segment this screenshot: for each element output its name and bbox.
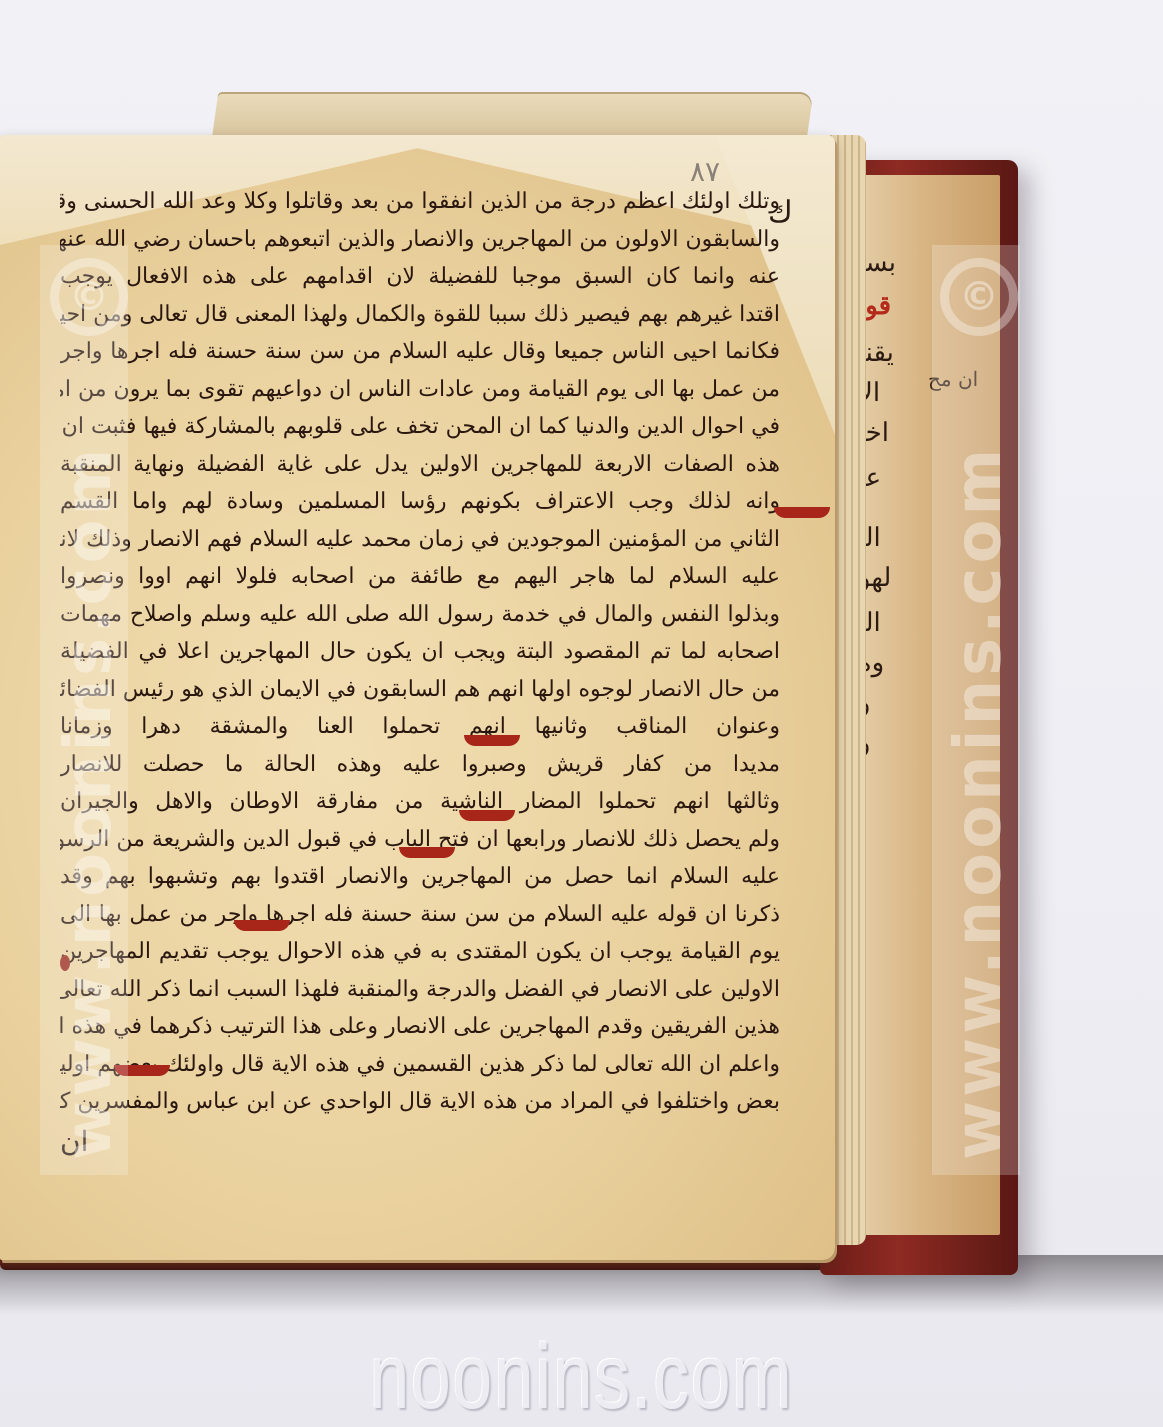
text-line: وانه لذلك وجب الاعتراف بكونهم رؤسا المسل… [60, 483, 780, 521]
rubric-mark [774, 507, 830, 518]
rubric-mark [459, 810, 515, 821]
text-line: من عمل بها الى يوم القيامة ومن عادات الن… [60, 371, 780, 409]
text-line: بعض واختلفوا في المراد من هذه الاية قال … [60, 1083, 780, 1121]
manuscript-text-block: وتلك اولئك اعظم درجة من الذين انفقوا من … [60, 183, 780, 1121]
text-line: عليه السلام انما حصل من المهاجرين والانص… [60, 858, 780, 896]
text-line: هذين الفريقين وقدم المهاجرين على الانصار… [60, 1008, 780, 1046]
text-line: اقتدا غيرهم بهم فيصير ذلك سببا للقوة وال… [60, 296, 780, 334]
copyright-icon: © [940, 258, 1018, 336]
rubric-mark [464, 735, 520, 746]
rubric-mark [399, 847, 455, 858]
text-line: فكانما احيى الناس جميعا وقال عليه السلام… [60, 333, 780, 371]
page-stack-top-edge [212, 92, 814, 140]
text-line: وبذلوا النفس والمال في خدمة رسول الله صل… [60, 596, 780, 634]
text-line: مديدا من كفار قريش وصبروا عليه وهذه الحا… [60, 746, 780, 784]
text-line: الثاني من المؤمنين الموجودين في زمان محم… [60, 521, 780, 559]
text-line: وعنوان المناقب وثانيها انهم تحملوا العنا… [60, 708, 780, 746]
watermark-bottom: noonins.com [128, 1325, 1035, 1427]
text-line: اصحابه لما تم المقصود البتة ويجب ان يكون… [60, 633, 780, 671]
text-line: والسابقون الاولون من المهاجرين والانصار … [60, 221, 780, 259]
watermark-side-right: www.noonins.com [942, 340, 1016, 1160]
text-line: في احوال الدين والدنيا كما ان المحن تخف … [60, 408, 780, 446]
copyright-icon: © [50, 258, 128, 336]
watermark-side-left: www.noonins.com [52, 340, 126, 1160]
text-line: الاولين على الانصار في الفضل والدرجة وال… [60, 971, 780, 1009]
text-line: عليه السلام لما هاجر اليهم مع طائفة من ا… [60, 558, 780, 596]
text-line: من حال الانصار لوجوه اولها انهم هم الساب… [60, 671, 780, 709]
text-line: يوم القيامة يوجب ان يكون المقتدى به في ه… [60, 933, 780, 971]
rubric-mark [234, 920, 290, 931]
text-line: وثالثها انهم تحملوا المضار الناشية من مف… [60, 783, 780, 821]
text-line: عنه وانما كان السبق موجبا للفضيلة لان اق… [60, 258, 780, 296]
text-line: ذكرنا ان قوله عليه السلام من سن سنة حسنة… [60, 896, 780, 934]
text-line: هذه الصفات الاربعة للمهاجرين الاولين يدل… [60, 446, 780, 484]
text-line: وتلك اولئك اعظم درجة من الذين انفقوا من … [60, 183, 780, 221]
